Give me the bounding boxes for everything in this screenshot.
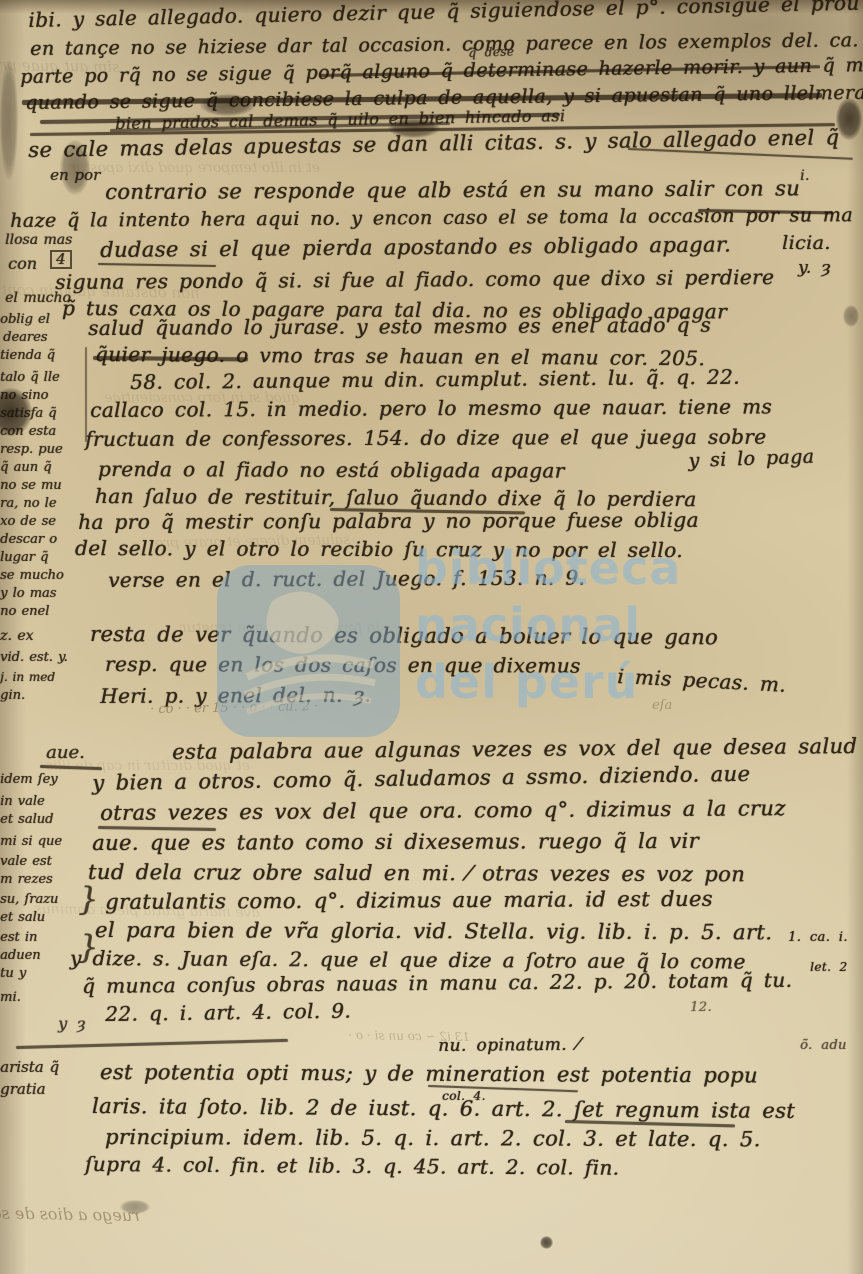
- manuscript-line: descar o: [0, 532, 57, 547]
- manuscript-line: resp. pue: [0, 442, 63, 457]
- ink-stroke: [98, 263, 216, 267]
- manuscript-line: el para bien de vr̃a gloria. vid. Stella…: [95, 918, 772, 944]
- bleedthrough-text: eſa: [652, 698, 672, 713]
- manuscript-line: gin.: [0, 688, 25, 703]
- manuscript-line: m rezes: [0, 872, 53, 887]
- manuscript-line: aduen: [0, 948, 41, 963]
- manuscript-line: 4: [50, 250, 72, 269]
- manuscript-line: tienda q̃: [0, 348, 55, 363]
- manuscript-page: ibi. y sale allegado. quiero dezir que q…: [0, 0, 863, 1274]
- bleedthrough-text: et quod dicitur in cap de illis: [46, 758, 250, 774]
- manuscript-line: q̃ munca conſus obras nauas in manu ca. …: [82, 968, 792, 998]
- manuscript-line: y. ȝ: [798, 258, 831, 278]
- manuscript-line: fructuan de confessores. 154. do dize qu…: [85, 425, 766, 451]
- manuscript-line: z. ex: [0, 628, 33, 644]
- manuscript-line: õ. adu: [800, 1038, 847, 1053]
- manuscript-line: xo de se: [0, 514, 56, 529]
- ink-blot: [540, 1236, 553, 1249]
- bleedthrough-text: non obstante quod in contrarium: [0, 280, 200, 302]
- ink-stroke: [85, 347, 87, 442]
- manuscript-line: no enel: [0, 604, 49, 619]
- bleedthrough-text: · co · · er 15 · · o · · cu. 2 ·: [150, 699, 318, 717]
- manuscript-line: ha pro q̃ mestir conſu palabra y no porq…: [78, 508, 699, 534]
- manuscript-line: lugar q̃: [0, 550, 48, 565]
- bleedthrough-text: et in illo tempore quod dixi apostar: [70, 160, 320, 176]
- manuscript-line: tu y: [0, 966, 26, 981]
- manuscript-line: mi si que: [0, 834, 62, 849]
- manuscript-line: est in: [0, 930, 37, 945]
- manuscript-line: vale est: [0, 854, 52, 869]
- ink-layer: ibi. y sale allegado. quiero dezir que q…: [0, 0, 863, 1274]
- manuscript-line: llosa mas: [5, 232, 72, 248]
- manuscript-line: esta palabra aue algunas vezes es vox de…: [172, 734, 857, 764]
- bleedthrough-text: salutem dicere et orare pro: [155, 532, 350, 551]
- ink-blot: [843, 305, 859, 327]
- manuscript-line: in vale: [0, 794, 45, 809]
- ink-blot: [0, 60, 18, 180]
- manuscript-line: y ȝ: [58, 1014, 86, 1033]
- bleedthrough-text: 13 i2 ~ co un si · o ·: [348, 1028, 470, 1044]
- bleedthrough-text: ave maria gratia plena dominus: [34, 901, 260, 921]
- manuscript-line: let. 2: [810, 960, 847, 974]
- manuscript-line: 22. q. i. art. 4. col. 9.: [105, 999, 351, 1026]
- manuscript-line: arista q̃: [0, 1058, 59, 1076]
- manuscript-line: contrario se responde que alb está en su…: [105, 176, 800, 204]
- manuscript-line: 1. ca. i.: [788, 930, 848, 945]
- manuscript-line: tud dela cruz obre salud en mi. ⁄ otras …: [88, 860, 745, 886]
- manuscript-line: laris. ita ſoto. lib. 2 de iust. q. 6. a…: [92, 1094, 795, 1123]
- manuscript-line: q̃ aun q̃: [0, 460, 51, 475]
- manuscript-line: i mis pecas. m.: [617, 664, 787, 697]
- manuscript-line: i.: [800, 168, 810, 184]
- ink-blot: [388, 118, 440, 138]
- manuscript-line: otras vezes es vox del que ora. como q°.…: [100, 796, 786, 825]
- manuscript-line: oblig el: [0, 312, 50, 327]
- manuscript-line: idem ſey: [0, 772, 57, 787]
- ink-blot: [200, 94, 255, 116]
- manuscript-line: y lo mas: [0, 586, 56, 601]
- ink-stroke: [16, 1039, 288, 1049]
- manuscript-line: ſupra 4. col. fin. et lib. 3. q. 45. art…: [85, 1152, 620, 1180]
- manuscript-line: verse en el d. ruct. del Juego. f. 153. …: [108, 566, 585, 592]
- manuscript-line: 12.: [690, 1000, 712, 1015]
- manuscript-line: ibi. y sale allegado. quiero dezir que q…: [28, 0, 863, 32]
- manuscript-line: salud q̃uando lo jurase. y esto mesmo es…: [88, 313, 711, 340]
- manuscript-line: deares: [3, 330, 47, 345]
- manuscript-line: mi.: [0, 990, 21, 1005]
- manuscript-line: licia.: [782, 232, 831, 254]
- manuscript-line: con: [8, 254, 37, 273]
- manuscript-line: q̃ dese: [468, 44, 514, 60]
- manuscript-line: y si lo paga: [688, 446, 815, 472]
- bleedthrough-text: in foro exteriori non tenetur: [180, 620, 380, 636]
- manuscript-line: prenda o al fiado no está obligada apaga…: [98, 457, 565, 483]
- manuscript-line: gratia: [0, 1080, 45, 1098]
- manuscript-line: ra, no le: [0, 496, 56, 511]
- bleedthrough-text: quod si in foro conscientiae: [104, 390, 300, 406]
- manuscript-line: dudase si el que pierda apostando es obl…: [100, 232, 731, 262]
- ink-blot: [836, 98, 862, 140]
- manuscript-line: principium. idem. lib. 5. q. i. art. 2. …: [105, 1125, 761, 1151]
- manuscript-line: j. in med: [0, 670, 55, 684]
- manuscript-line: haze q̃ la intento hera aqui no. y encon…: [10, 204, 853, 232]
- manuscript-line: no se mu: [0, 478, 62, 493]
- manuscript-line: talo q̃ lle: [0, 370, 60, 385]
- manuscript-line: aue. que es tanto como si dixesemus. rue…: [92, 829, 699, 855]
- manuscript-line: se mucho: [0, 568, 64, 583]
- bleedthrough-text: ruego a dios de soto lib. che in ȝ. q. 7…: [0, 1199, 140, 1225]
- manuscript-line: et salud: [0, 812, 53, 827]
- manuscript-line: est potentia opti mus; y de mineration e…: [100, 1060, 758, 1087]
- manuscript-line: resp. que en los dos caſos en que dixemu…: [105, 652, 581, 678]
- manuscript-line: vid. est. y.: [0, 650, 68, 665]
- manuscript-line: han ſaluo de restituir, ſaluo q̃uando di…: [95, 484, 697, 511]
